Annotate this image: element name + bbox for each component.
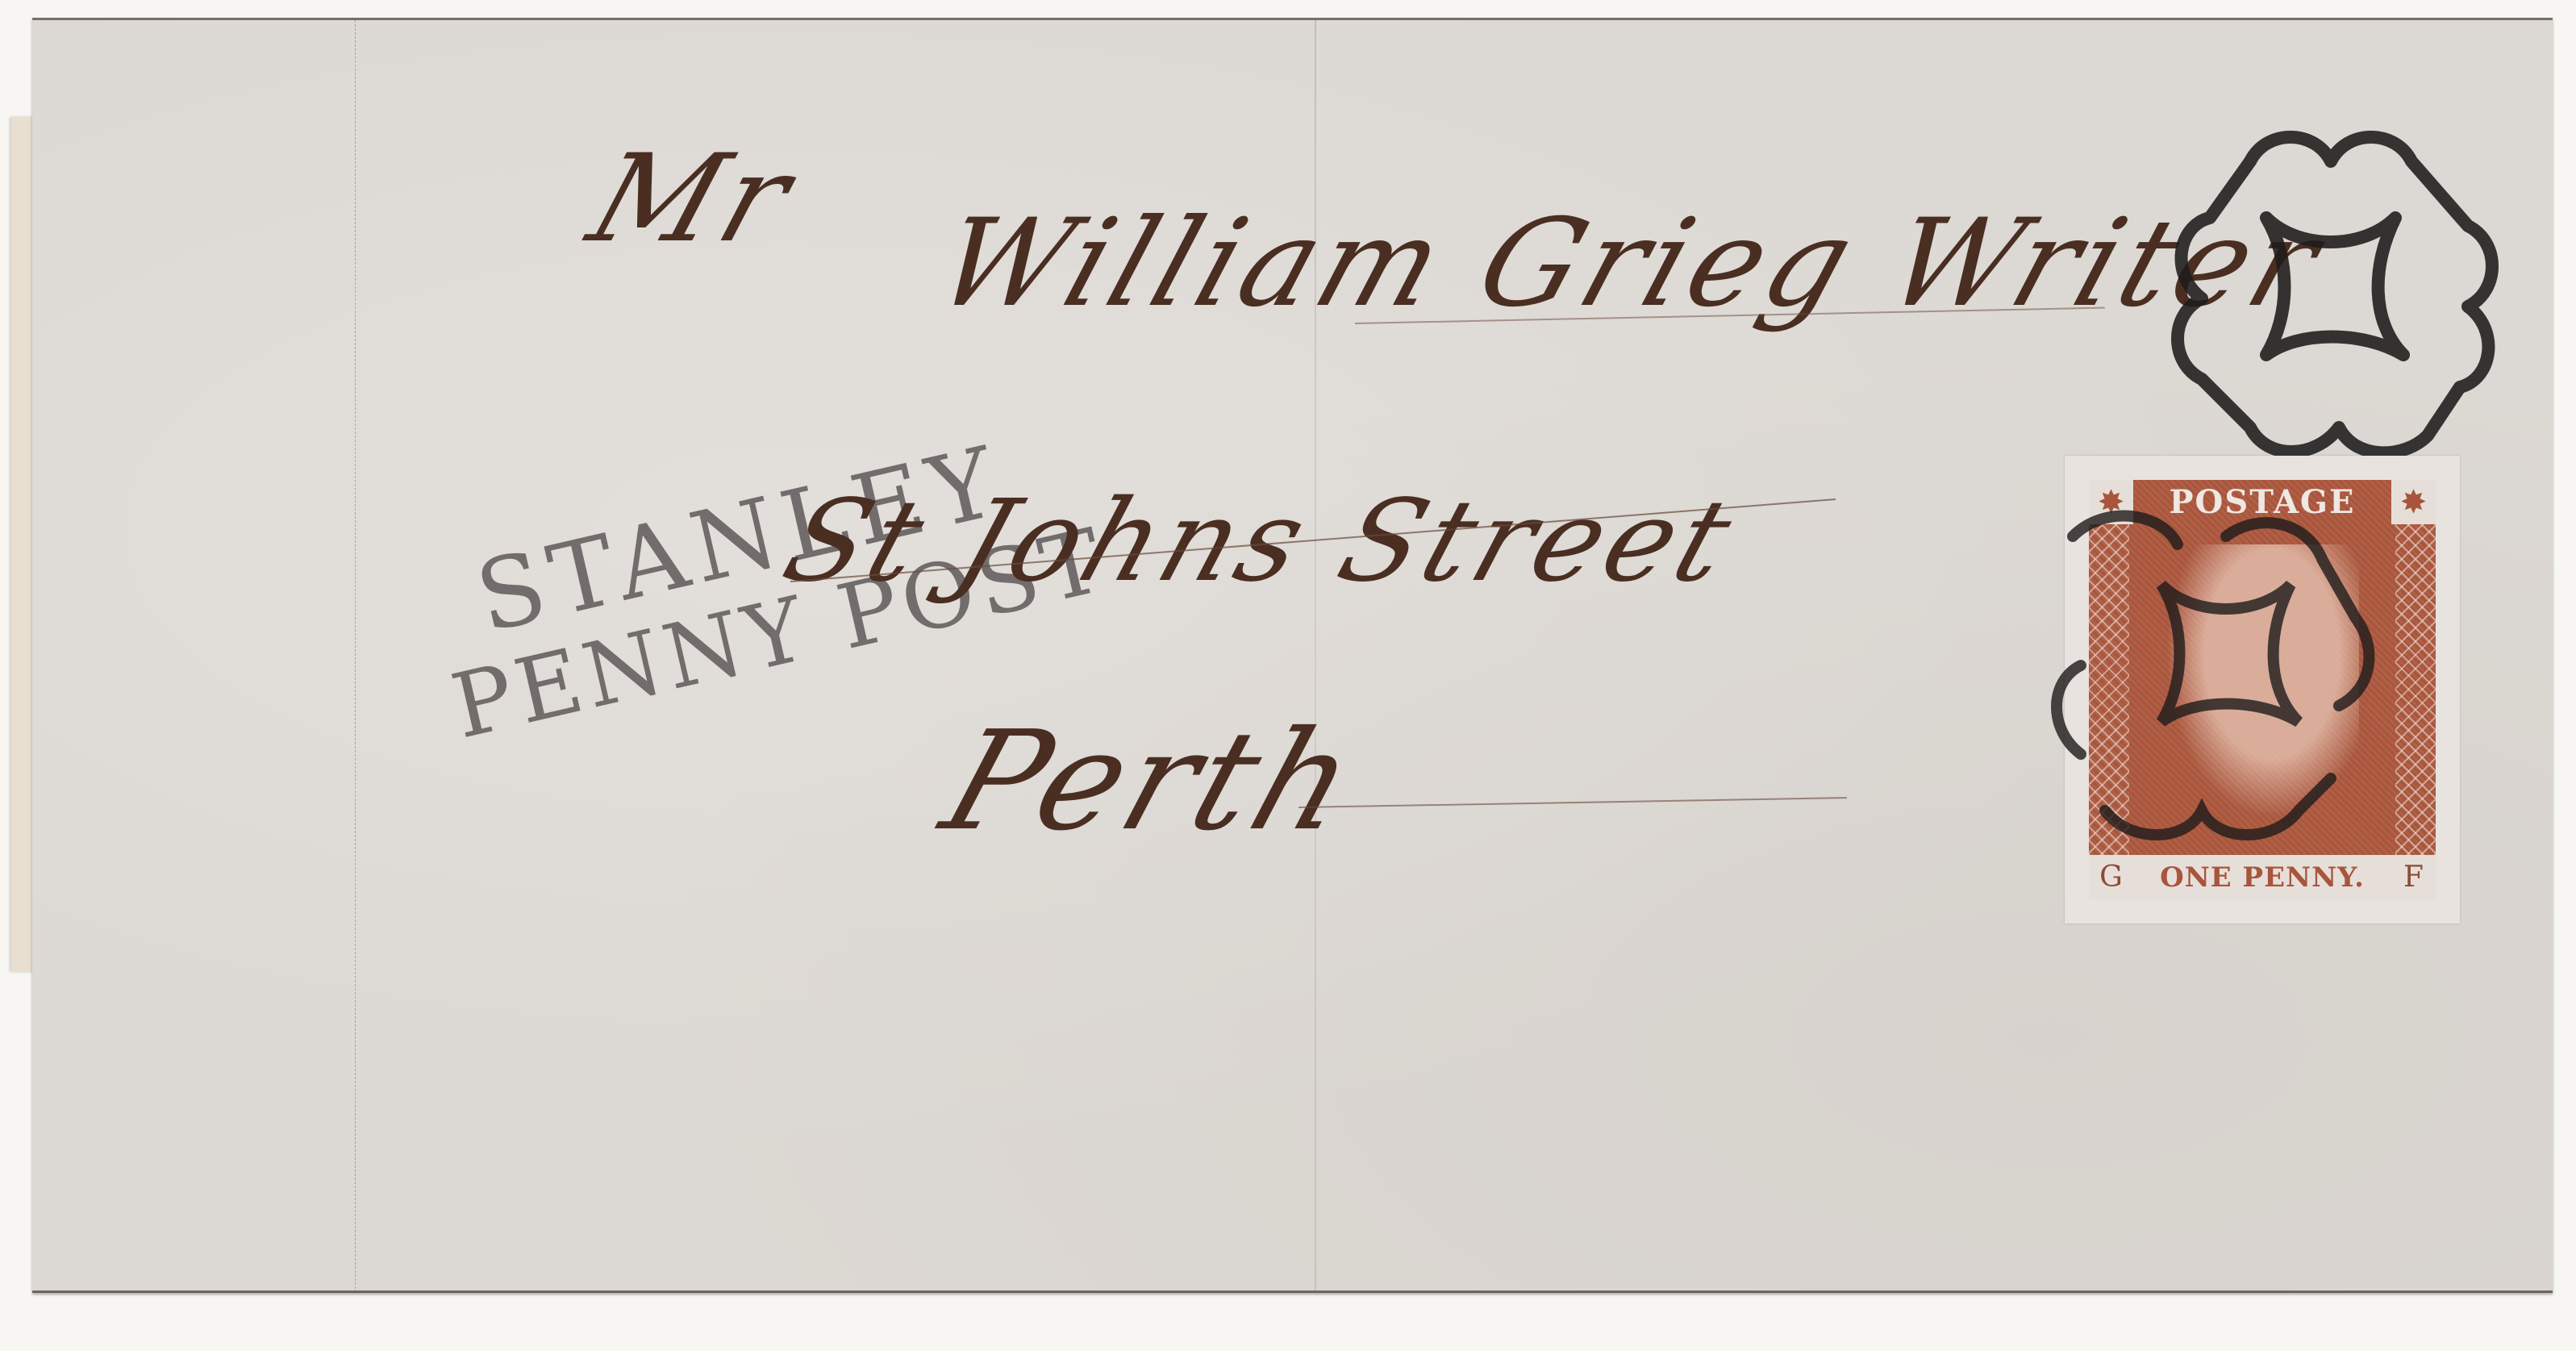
maltese-cross-on-stamp-icon <box>2016 488 2468 875</box>
maltese-cross-cancel-icon <box>2129 97 2532 476</box>
address-city-line: Perth <box>926 702 1378 861</box>
penny-red-stamp: ✸ ✸ POSTAGE G ONE PENNY. F <box>2065 456 2460 924</box>
address-street-line: St Johns Street <box>769 476 1752 607</box>
fold-line-left <box>355 20 357 1293</box>
address-name-line: William Grieg Writer <box>921 194 2340 334</box>
